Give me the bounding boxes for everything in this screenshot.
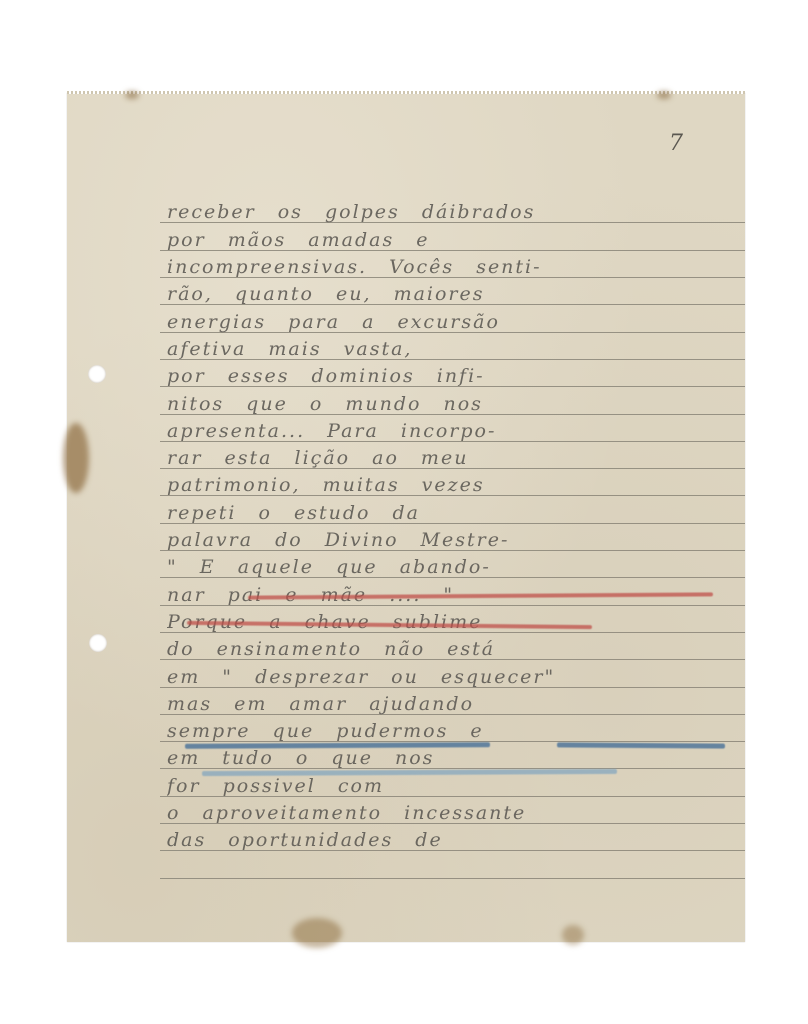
punch-hole-lower [89,634,107,652]
handwritten-line: nitos que o mundo nos [167,393,742,415]
handwritten-line: mas em amar ajudando [167,693,742,715]
handwritten-line: rão, quanto eu, maiores [167,283,742,305]
handwritten-line: for possivel com [167,775,742,797]
handwritten-line: rar esta lição ao meu [167,447,742,469]
handwritten-line: das oportunidades de [167,829,742,851]
handwritten-line: o aproveitamento incessante [167,802,742,824]
perforated-top-edge [67,91,745,94]
stain-top-right [657,91,671,99]
stain-bottom-right [562,925,584,945]
handwritten-line: em " desprezar ou esquecer" [167,666,742,688]
manuscript-page: 7 receber os golpes dáibrados por mãos a… [67,93,745,942]
handwritten-line: patrimonio, muitas vezes [167,474,742,496]
handwritten-line: afetiva mais vasta, [167,338,742,360]
handwritten-line: apresenta... Para incorpo- [167,420,742,442]
handwritten-line: do ensinamento não está [167,638,742,660]
page-number: 7 [669,131,683,156]
handwritten-line: repeti o estudo da [167,502,742,524]
handwritten-line: sempre que pudermos e [167,720,742,742]
handwritten-line: " E aquele que abando- [167,556,742,578]
ruled-line [160,878,745,879]
handwritten-line: palavra do Divino Mestre- [167,529,742,551]
stain-left-edge [63,423,89,493]
handwritten-line: em tudo o que nos [167,747,742,769]
handwritten-line: receber os golpes dáibrados [167,201,742,223]
stain-bottom [292,918,342,948]
handwritten-line: por esses dominios infi- [167,365,742,387]
handwritten-line: por mãos amadas e [167,229,742,251]
stain-top-left [125,91,139,99]
handwritten-line: incompreensivas. Vocês senti- [167,256,742,278]
punch-hole-upper [88,365,106,383]
handwritten-line: energias para a excursão [167,311,742,333]
